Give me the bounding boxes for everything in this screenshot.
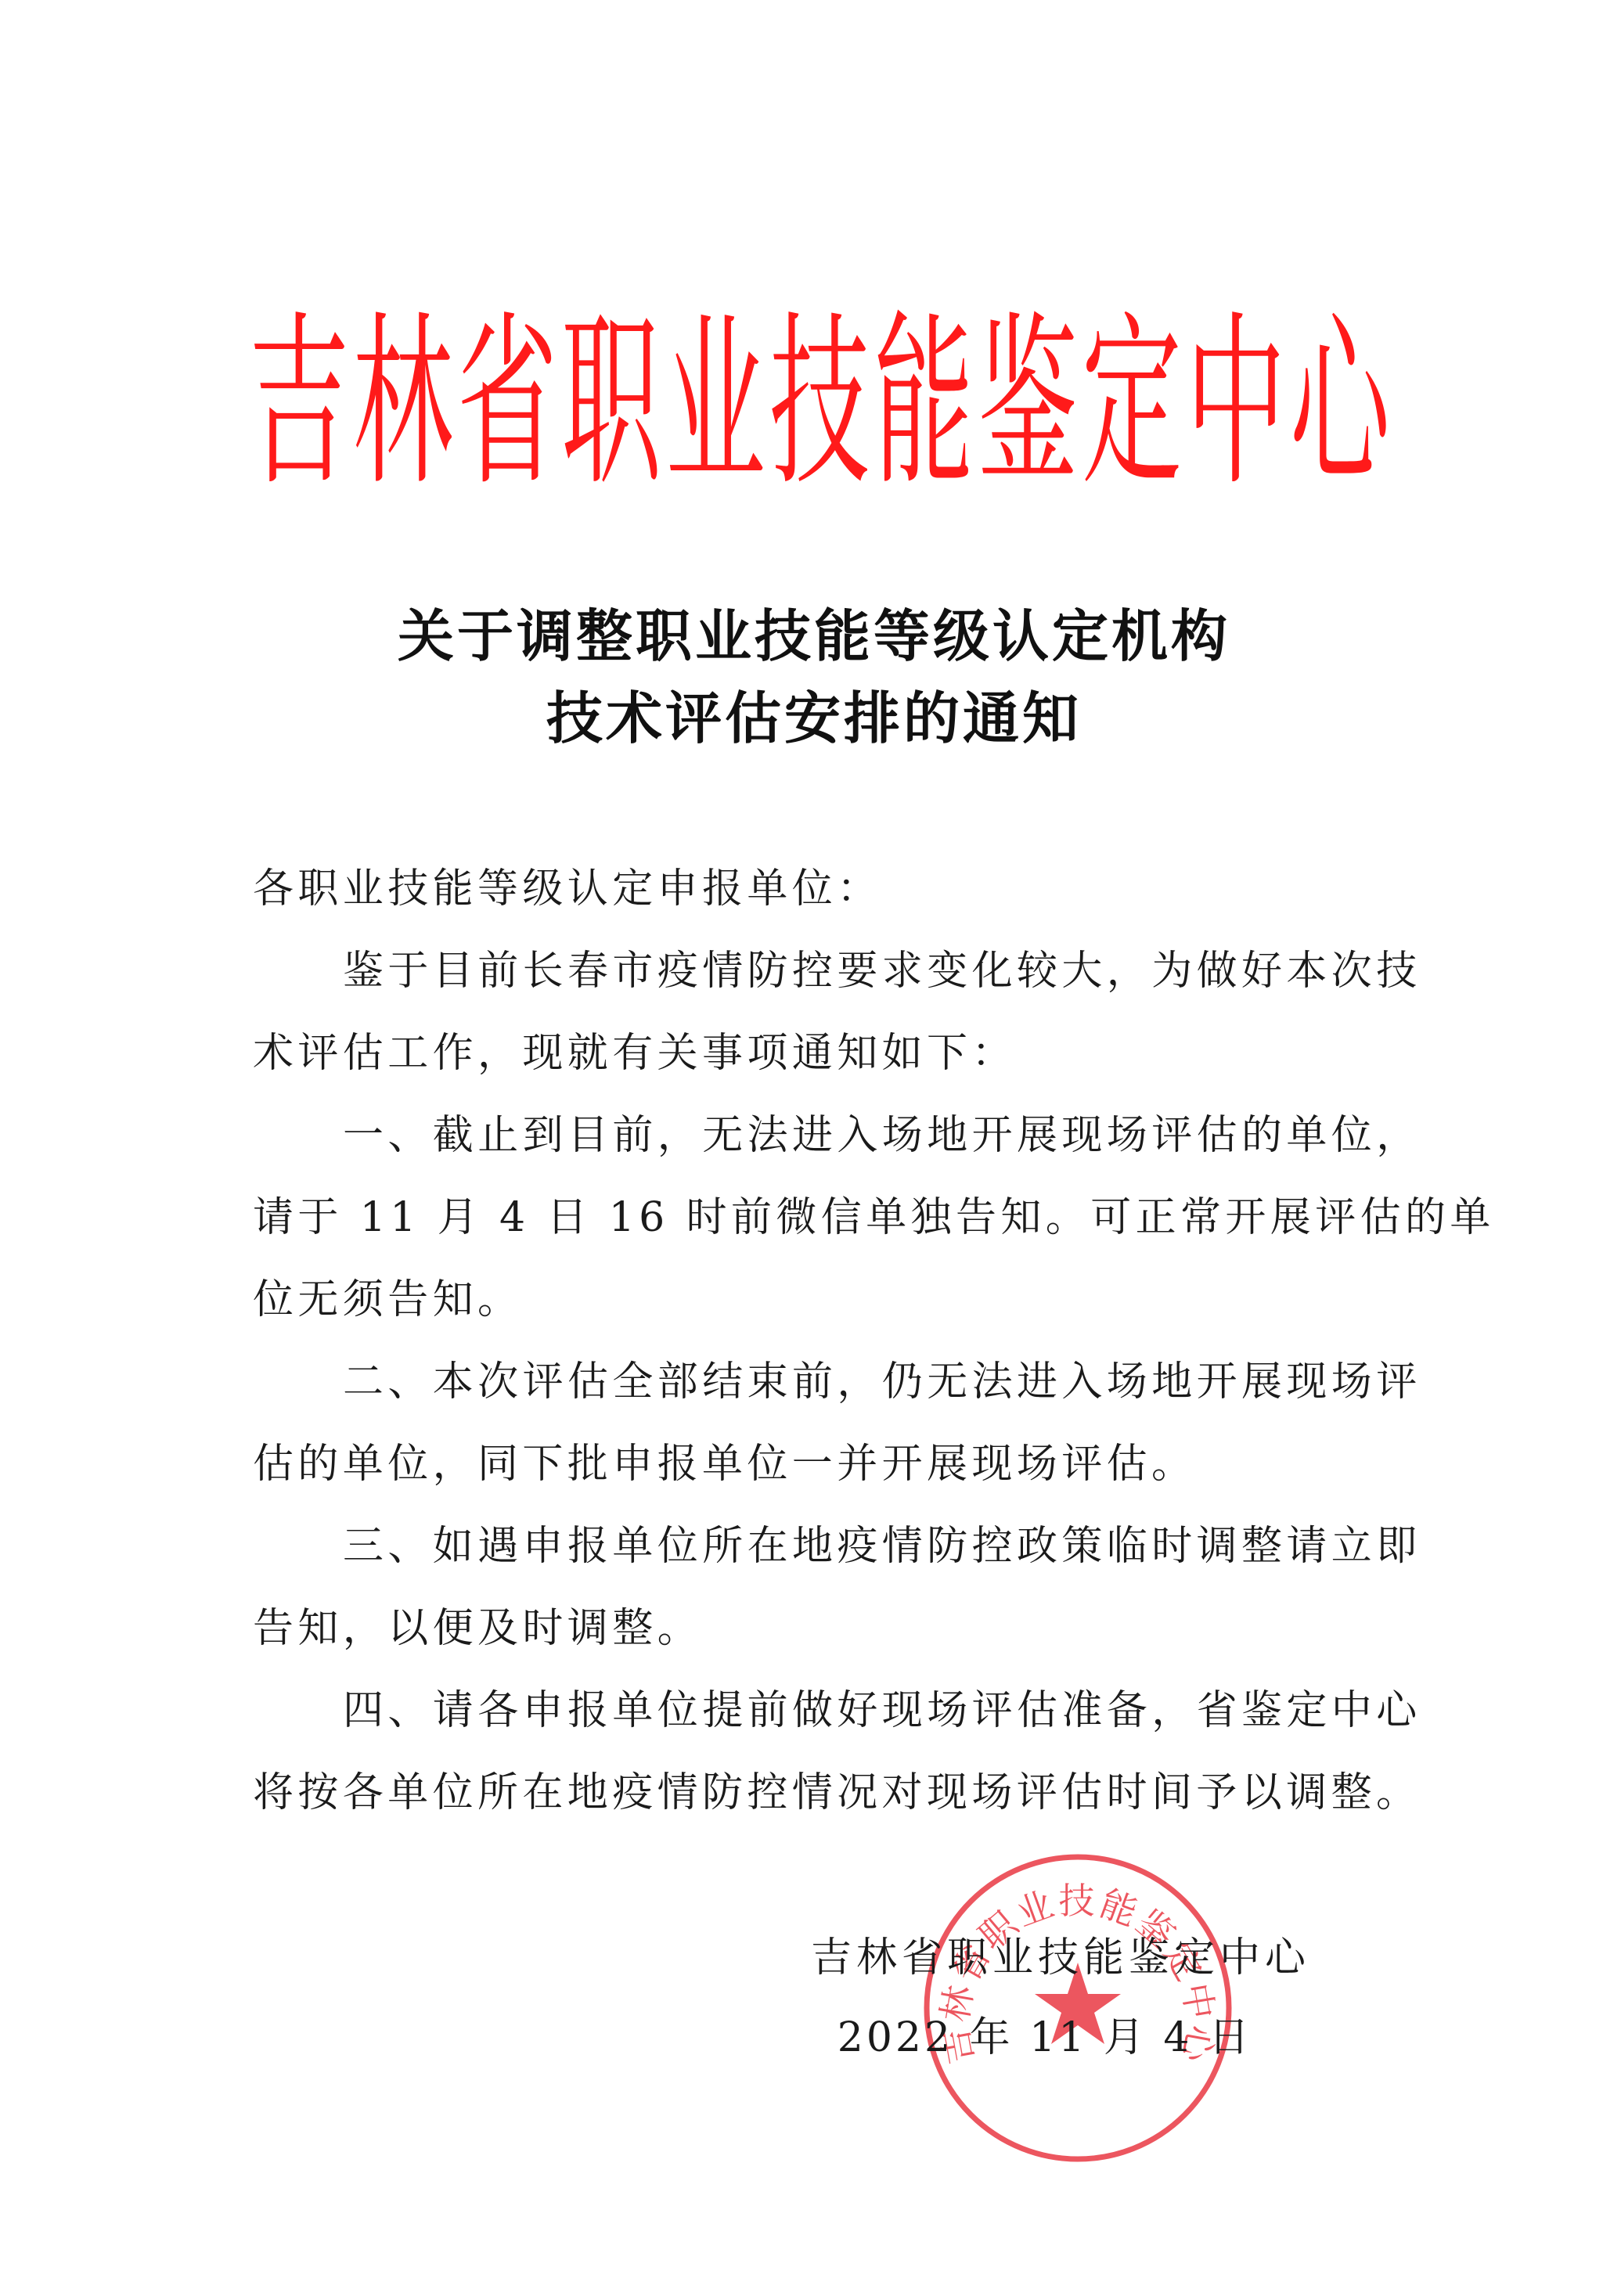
salutation: 各职业技能等级认定申报单位： [253, 848, 1396, 930]
body-line: 术评估工作，现就有关事项通知如下： [253, 1013, 1396, 1095]
item-1-line: 位无须告知。 [253, 1259, 1396, 1341]
item-4-line: 四、请各申报单位提前做好现场评估准备，省鉴定中心 [253, 1670, 1396, 1752]
signature-date: 2022 年 11 月 4 日 [838, 1997, 1252, 2079]
item-1-line: 一、截止到目前，无法进入场地开展现场评估的单位， [253, 1095, 1396, 1177]
document-page: 吉林省职业技能鉴定中心 关于调整职业技能等级认定机构 技术评估安排的通知 各职业… [0, 0, 1603, 2296]
notice-title-line-2: 技术评估安排的通知 [0, 683, 1603, 754]
item-2-line: 二、本次评估全部结束前，仍无法进入场地开展现场评 [253, 1341, 1396, 1423]
item-2-line: 估的单位，同下批申报单位一并开展现场评估。 [253, 1423, 1396, 1506]
letterhead-title: 吉林省职业技能鉴定中心 [249, 312, 1394, 498]
item-4-line: 将按各单位所在地疫情防控情况对现场评估时间予以调整。 [253, 1752, 1396, 1834]
item-3-line: 三、如遇申报单位所在地疫情防控政策临时调整请立即 [253, 1506, 1396, 1588]
notice-title-line-1: 关于调整职业技能等级认定机构 [0, 601, 1603, 671]
signature-organization: 吉林省职业技能鉴定中心 [811, 1917, 1310, 1999]
letterhead: 吉林省职业技能鉴定中心 [249, 307, 1384, 502]
notice-body: 各职业技能等级认定申报单位： 鉴于目前长春市疫情防控要求变化较大，为做好本次技 … [253, 848, 1396, 1834]
item-3-line: 告知，以便及时调整。 [253, 1588, 1396, 1670]
body-line: 鉴于目前长春市疫情防控要求变化较大，为做好本次技 [253, 930, 1396, 1013]
item-1-line: 请于 11 月 4 日 16 时前微信单独告知。可正常开展评估的单 [253, 1177, 1396, 1259]
